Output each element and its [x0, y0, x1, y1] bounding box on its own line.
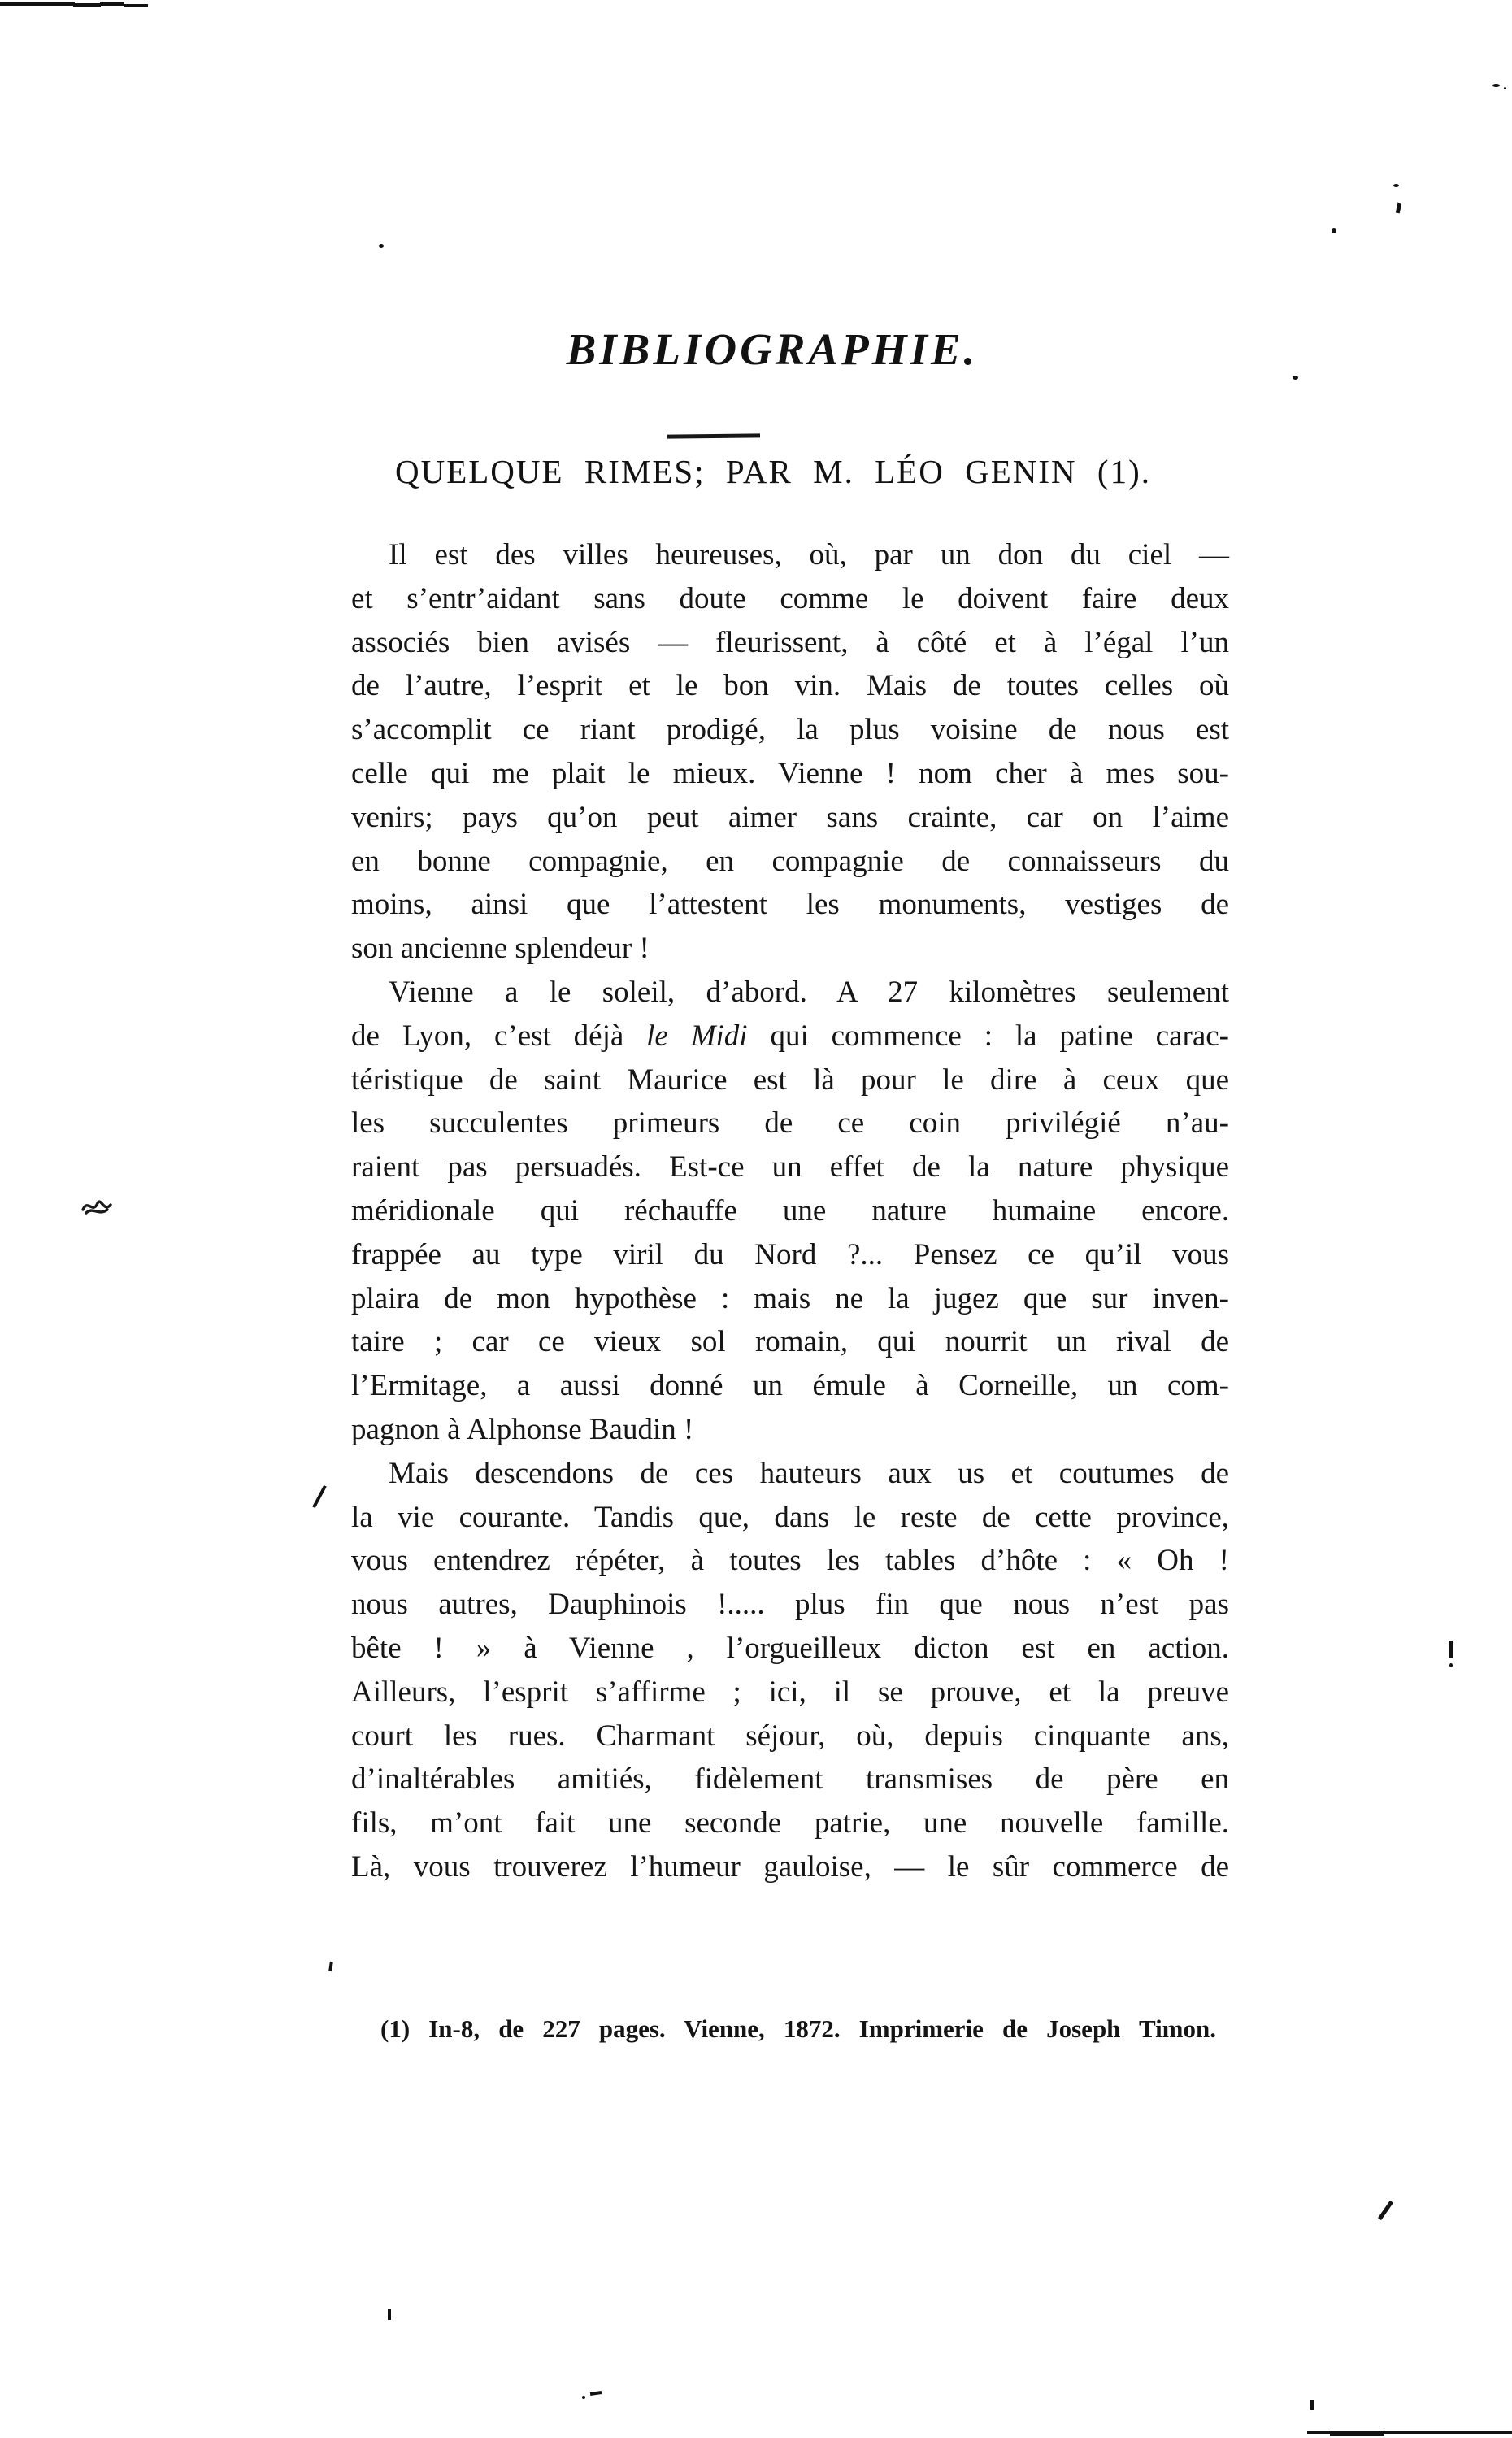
scan-artifact-speck [1293, 376, 1298, 380]
text-line: la vie courante. Tandis que, dans le res… [351, 1496, 1229, 1540]
text-line: Là, vous trouverez l’humeur gauloise, — … [351, 1845, 1229, 1889]
scanned-book-page: BIBLIOGRAPHIE. QUELQUE RIMES; PAR M. LÉO… [0, 0, 1512, 2438]
scan-artifact-tick-mark [328, 1962, 333, 1971]
text-line: d’inaltérables amitiés, fidèlement trans… [351, 1758, 1229, 1801]
text-line: Il est des villes heureuses, où, par un … [351, 533, 1229, 577]
text-line: venirs; pays qu’on peut aimer sans crain… [351, 796, 1229, 840]
text-line: Mais descendons de ces hauteurs aux us e… [351, 1452, 1229, 1496]
text-line: moins, ainsi que l’attestent les monumen… [351, 883, 1229, 927]
text-line: les succulentes primeurs de ce coin priv… [351, 1102, 1229, 1145]
text-line: Vienne a le soleil, d’abord. A 27 kilomè… [351, 971, 1229, 1015]
scan-artifact-speck [582, 2396, 585, 2399]
article-heading: QUELQUE RIMES; PAR M. LÉO GENIN (1). [395, 452, 1151, 491]
text-line: plaira de mon hypothèse : mais ne la jug… [351, 1277, 1229, 1321]
scan-artifact-speck [1332, 228, 1336, 233]
text-line: bête ! » à Vienne , l’orgueilleux dicton… [351, 1627, 1229, 1671]
text-line: et s’entr’aidant sans doute comme le doi… [351, 577, 1229, 621]
scan-artifact-top-edge-line [73, 3, 101, 7]
text-line: vous entendrez répéter, à toutes les tab… [351, 1539, 1229, 1583]
text-line: pagnon à Alphonse Baudin ! [351, 1408, 1229, 1452]
scan-artifact-apostrophe-mark [1396, 203, 1401, 214]
text-line: celle qui me plait le mieux. Vienne ! no… [351, 752, 1229, 796]
text-line: Ailleurs, l’esprit s’affirme ; ici, il s… [351, 1671, 1229, 1714]
page-title: BIBLIOGRAPHIE. [325, 324, 1219, 375]
text-line: nous autres, Dauphinois !..... plus fin … [351, 1583, 1229, 1627]
text-line: s’accomplit ce riant prodigé, la plus vo… [351, 708, 1229, 752]
scan-artifact-speck [1504, 87, 1506, 89]
scan-artifact-ink-squiggle [80, 1193, 114, 1222]
text-line: raient pas persuadés. Est-ce un effet de… [351, 1145, 1229, 1189]
scan-artifact-dash-mark [590, 2391, 602, 2396]
scan-artifact-top-edge-line [100, 2, 124, 6]
scan-artifact-bottom-edge-line [1330, 2431, 1384, 2436]
text-line: fils, m’ont fait une seconde patrie, une… [351, 1801, 1229, 1845]
scan-artifact-speck [1393, 184, 1399, 187]
text-line: taire ; car ce vieux sol romain, qui nou… [351, 1320, 1229, 1364]
text-line: associés bien avisés — fleurissent, à cô… [351, 621, 1229, 665]
scan-artifact-tick-mark [1310, 2400, 1314, 2410]
text-line: court les rues. Charmant séjour, où, dep… [351, 1714, 1229, 1758]
scan-artifact-speck [1492, 84, 1500, 87]
scan-artifact-speck [379, 244, 384, 248]
text-line: frappée au type viril du Nord ?... Pense… [351, 1233, 1229, 1277]
scan-artifact-backslash-mark [312, 1485, 327, 1508]
scan-artifact-tick-mark [388, 2309, 391, 2320]
text-line: de l’autre, l’esprit et le bon vin. Mais… [351, 664, 1229, 708]
text-line: téristique de saint Maurice est là pour … [351, 1058, 1229, 1102]
scan-artifact-speck [1449, 1663, 1453, 1667]
scan-artifact-exclamation-mark [1449, 1641, 1453, 1658]
footnote: (1) In-8, de 227 pages. Vienne, 1872. Im… [380, 2014, 1216, 2044]
text-line: de Lyon, c’est déjà le Midi qui commence… [351, 1015, 1229, 1058]
scan-artifact-top-edge-line [0, 2, 75, 6]
title-divider-rule [667, 433, 760, 438]
article-body: Il est des villes heureuses, où, par un … [351, 533, 1229, 1889]
text-line: l’Ermitage, a aussi donné un émule à Cor… [351, 1364, 1229, 1408]
text-line: son ancienne splendeur ! [351, 927, 1229, 971]
text-line: méridionale qui réchauffe une nature hum… [351, 1189, 1229, 1233]
scan-artifact-backslash-mark [1378, 2201, 1393, 2220]
scan-artifact-top-edge-line [124, 4, 148, 7]
text-line: en bonne compagnie, en compagnie de conn… [351, 840, 1229, 884]
